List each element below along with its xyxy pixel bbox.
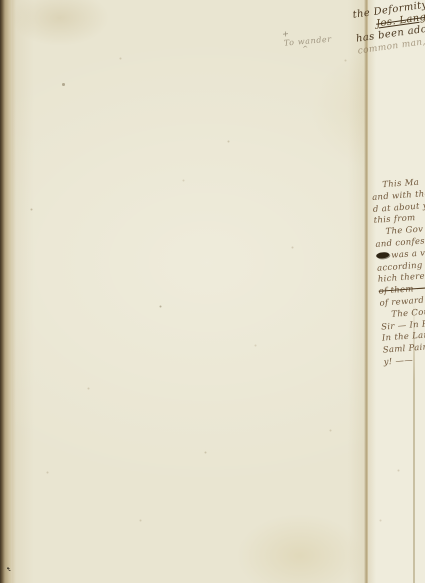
- manuscript-scan: the Deformity ofJos. Lang—has been adoco…: [0, 0, 425, 583]
- blank-page: [12, 0, 366, 583]
- binding-gutter-shadow: [0, 0, 16, 583]
- caret-mark: ^: [302, 45, 309, 53]
- ink-blot: [376, 252, 389, 259]
- handwriting-top-right: the Deformity ofJos. Lang—has been adoco…: [352, 0, 425, 58]
- paper-speckles: [0, 0, 1, 1]
